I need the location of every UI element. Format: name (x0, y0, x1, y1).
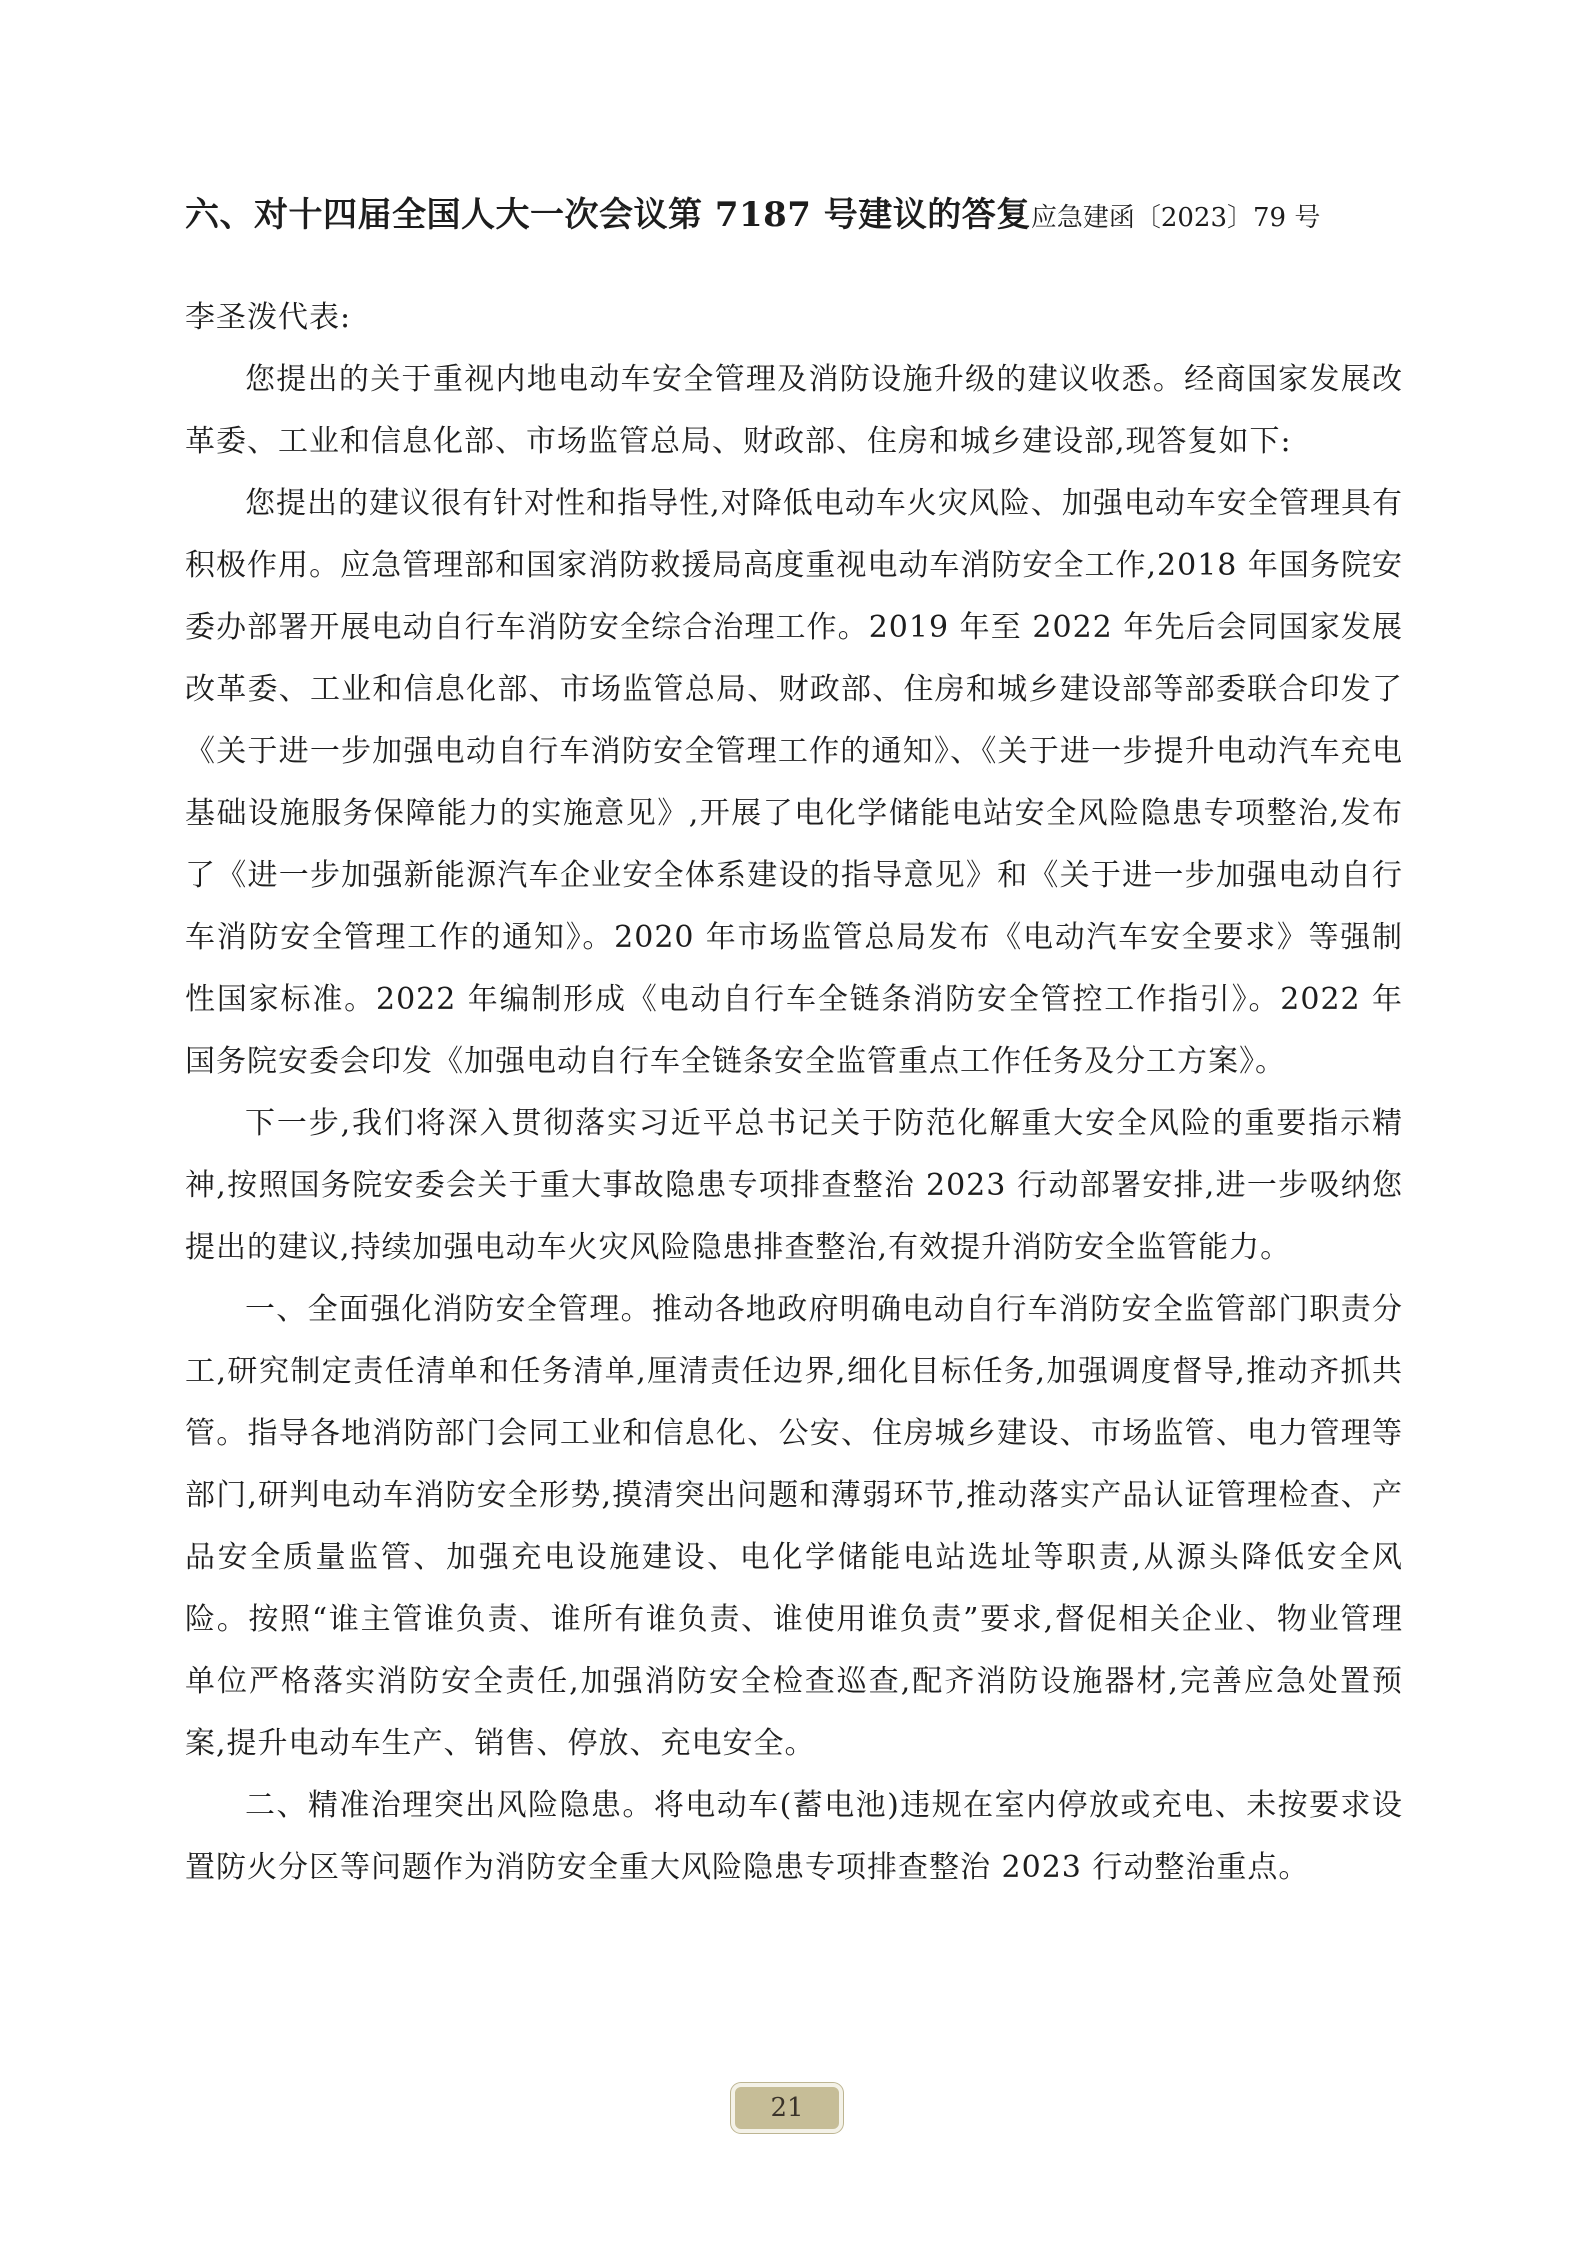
paragraph: 二、精准治理突出风险隐患。将电动车(蓄电池)违规在室内停放或充电、未按要求设置防… (185, 1775, 1403, 1899)
document-page: 六、对十四届全国人大一次会议第 7187 号建议的答复应急建函〔2023〕79 … (0, 0, 1588, 2257)
paragraph: 您提出的建议很有针对性和指导性,对降低电动车火灾风险、加强电动车安全管理具有积极… (185, 473, 1403, 1093)
page-footer: 21 (0, 2083, 1574, 2133)
salutation: 李圣泼代表: (185, 287, 1403, 349)
document-body: 您提出的关于重视内地电动车安全管理及消防设施升级的建议收悉。经商国家发展改革委、… (185, 349, 1403, 1899)
page-number-badge: 21 (731, 2083, 843, 2133)
title-text: 六、对十四届全国人大一次会议第 7187 号建议的答复 (185, 195, 1031, 235)
document-content: 六、对十四届全国人大一次会议第 7187 号建议的答复应急建函〔2023〕79 … (185, 0, 1403, 1899)
title-ref-number: 应急建函〔2023〕79 号 (1031, 203, 1321, 233)
paragraph: 您提出的关于重视内地电动车安全管理及消防设施升级的建议收悉。经商国家发展改革委、… (185, 349, 1403, 473)
paragraph: 一、全面强化消防安全管理。推动各地政府明确电动自行车消防安全监管部门职责分工,研… (185, 1279, 1403, 1775)
paragraph: 下一步,我们将深入贯彻落实习近平总书记关于防范化解重大安全风险的重要指示精神,按… (185, 1093, 1403, 1279)
document-title: 六、对十四届全国人大一次会议第 7187 号建议的答复应急建函〔2023〕79 … (185, 0, 1403, 241)
